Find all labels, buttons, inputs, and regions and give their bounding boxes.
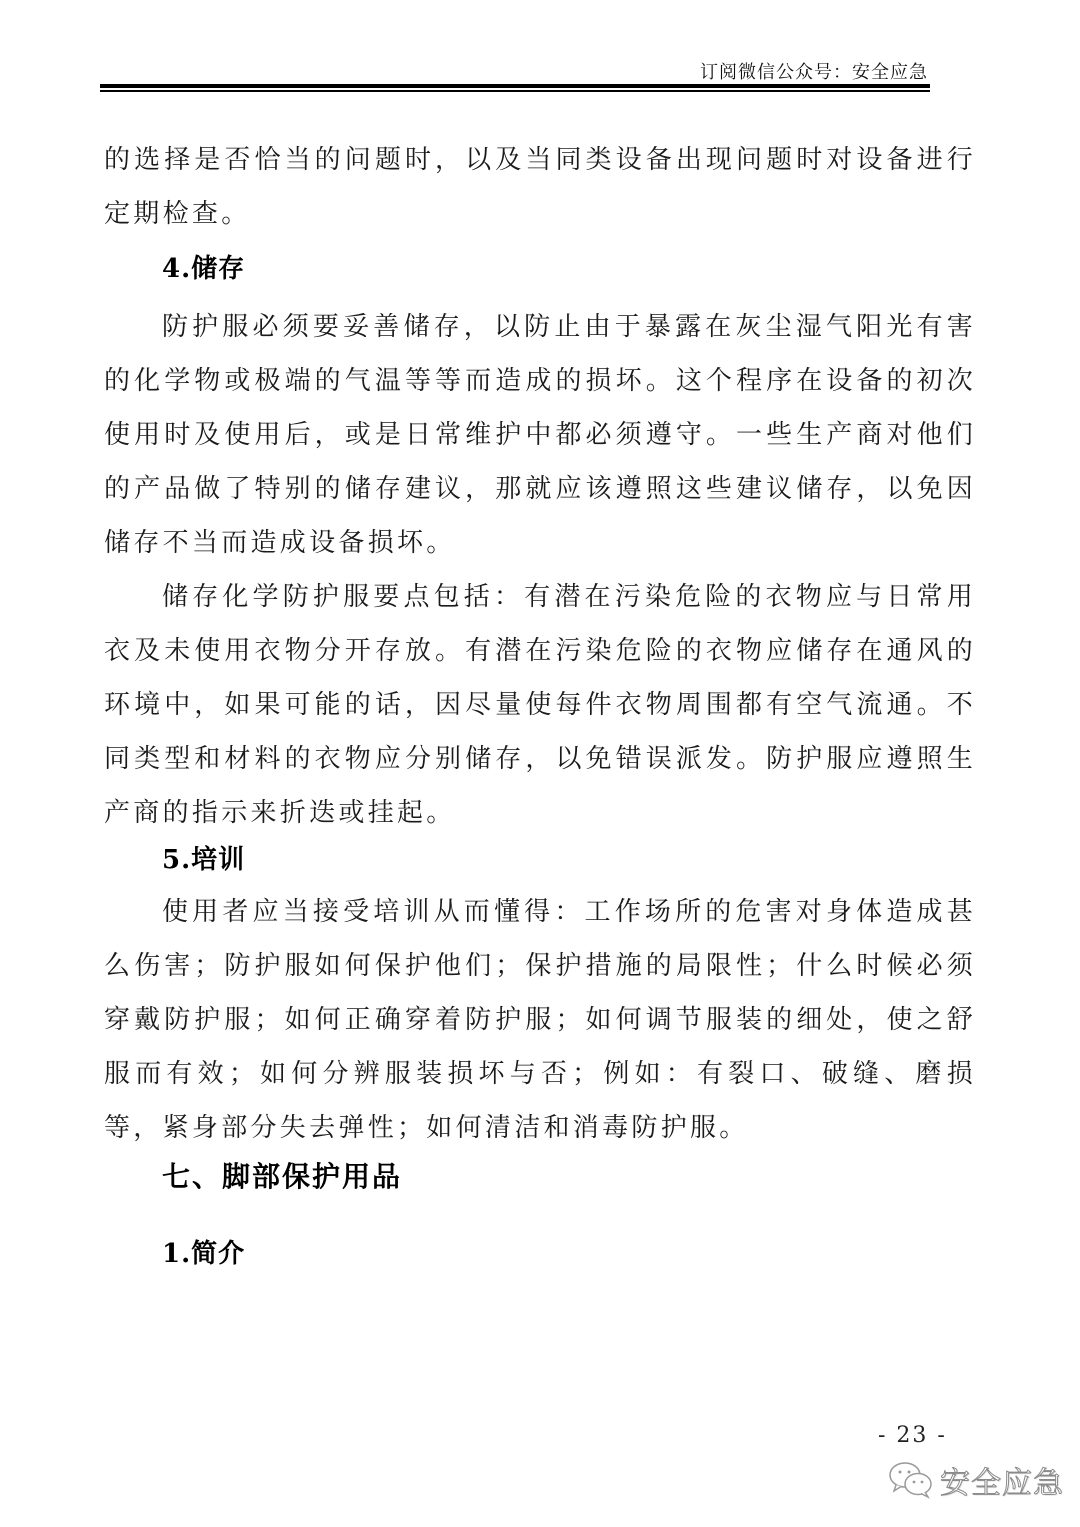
section-4-paragraph-1: 防护服必须要妥善储存，以防止由于暴露在灰尘湿气阳光有害的化学物或极端的气温等等而… <box>104 300 976 570</box>
section-5-paragraph-1: 使用者应当接受培训从而懂得：工作场所的危害对身体造成甚么伤害；防护服如何保护他们… <box>104 885 976 1155</box>
section-5-body: 使用者应当接受培训从而懂得：工作场所的危害对身体造成甚么伤害；防护服如何保护他们… <box>104 885 976 1155</box>
chapter-7-heading: 七、脚部保护用品 <box>162 1155 402 1195</box>
wechat-icon <box>888 1461 934 1499</box>
section-7-1-heading: 1.简介 <box>162 1233 245 1270</box>
watermark: 安全应急 <box>888 1458 1064 1502</box>
section-4-heading: 4.储存 <box>162 248 245 285</box>
header-text: 订阅微信公众号：安全应急 <box>690 58 928 84</box>
header-rule-thin <box>100 90 930 92</box>
continuation-paragraph: 的选择是否恰当的问题时，以及当同类设备出现问题时对设备进行定期检查。 <box>104 133 976 241</box>
continuation-block: 的选择是否恰当的问题时，以及当同类设备出现问题时对设备进行定期检查。 <box>104 133 976 241</box>
section-5-heading: 5.培训 <box>162 839 245 876</box>
page-number: - 23 - <box>878 1423 947 1448</box>
watermark-text: 安全应急 <box>940 1458 1064 1502</box>
section-4-body: 防护服必须要妥善储存，以防止由于暴露在灰尘湿气阳光有害的化学物或极端的气温等等而… <box>104 300 976 840</box>
header-rule-thick <box>100 84 930 88</box>
section-4-paragraph-2: 储存化学防护服要点包括：有潜在污染危险的衣物应与日常用衣及未使用衣物分开存放。有… <box>104 570 976 840</box>
